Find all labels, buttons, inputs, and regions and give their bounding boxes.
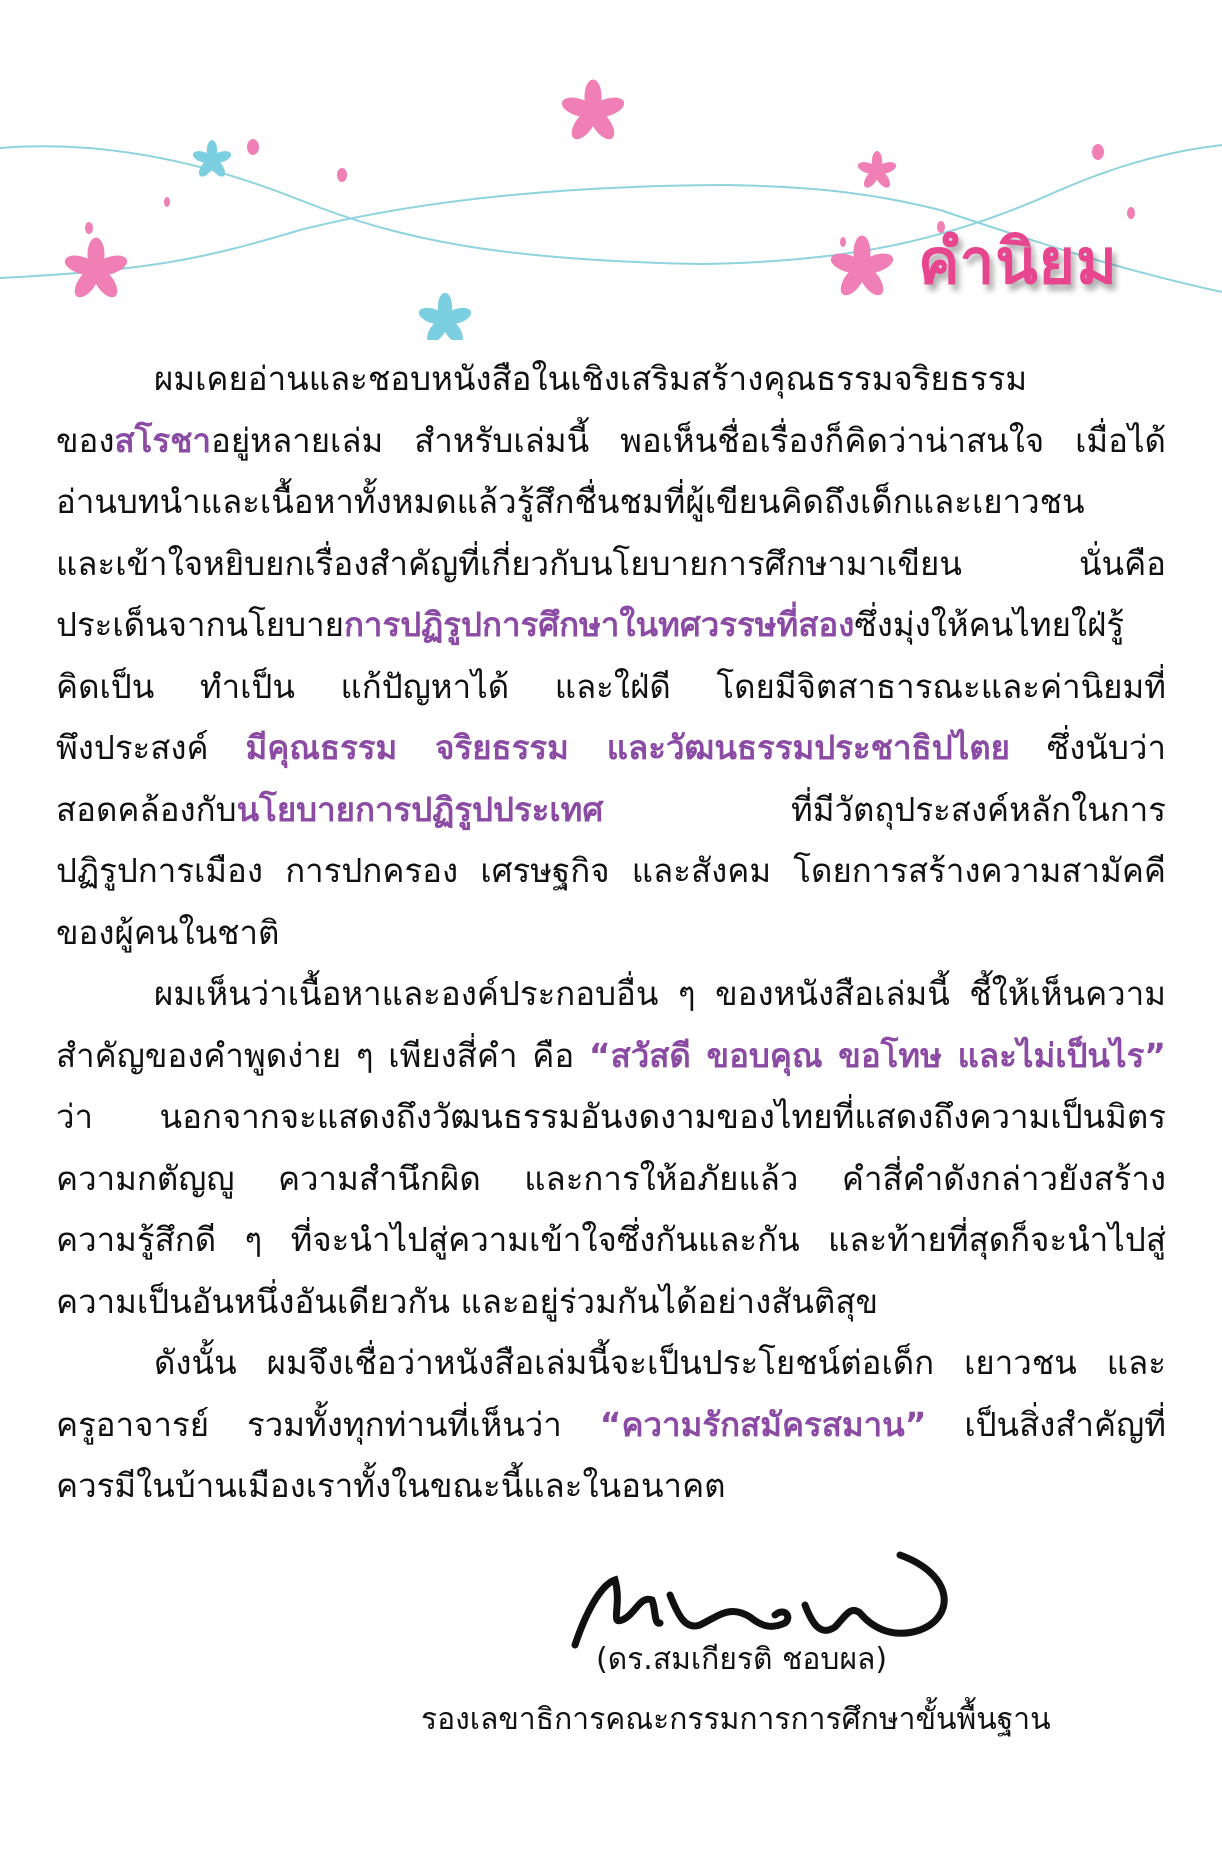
text-segment: ผมเคยอ่านและชอบหนังสือในเชิงเสริมสร้างคุ… [154, 359, 1027, 398]
text-line: ผมเห็นว่าเนื้อหาและองค์ประกอบอื่น ๆ ของห… [56, 963, 1166, 1025]
text-line: สอดคล้องกับนโยบายการปฏิรูปประเทศ ที่มีวั… [56, 779, 1166, 841]
text-line: ประเด็นจากนโยบายการปฏิรูปการศึกษาในทศวรร… [56, 594, 1166, 656]
text-segment: ความรู้สึกดี ๆ ที่จะนำไปสู่ความเข้าใจซึ่… [56, 1220, 1166, 1259]
signatory-name: (ดร.สมเกียรติ ชอบผล) [596, 1640, 887, 1680]
signatory-position: รองเลขาธิการคณะกรรมการการศึกษาขั้นพื้นฐา… [421, 1700, 1051, 1740]
foreword-body: ผมเคยอ่านและชอบหนังสือในเชิงเสริมสร้างคุ… [56, 348, 1166, 1517]
text-segment: ควรมีในบ้านเมืองเราทั้งในขณะนี้และในอนาค… [56, 1466, 726, 1505]
text-segment: ที่มีวัตถุประสงค์หลักในการ [603, 790, 1166, 829]
text-segment: อ่านบทนำและเนื้อหาทั้งหมดแล้วรู้สึกชื่นช… [56, 482, 1085, 521]
text-line: ความรู้สึกดี ๆ ที่จะนำไปสู่ความเข้าใจซึ่… [56, 1209, 1166, 1271]
highlighted-phrase: มีคุณธรรม จริยธรรม และวัฒนธรรมประชาธิปไต… [245, 728, 1010, 767]
text-segment: พึงประสงค์ [56, 728, 245, 767]
text-segment: เป็นสิ่งสำคัญที่ [926, 1405, 1166, 1444]
paragraph: ผมเห็นว่าเนื้อหาและองค์ประกอบอื่น ๆ ของห… [56, 963, 1166, 1332]
signature-scribble [560, 1545, 970, 1655]
paragraph: ผมเคยอ่านและชอบหนังสือในเชิงเสริมสร้างคุ… [56, 348, 1166, 963]
page-title: คำนิยม [918, 222, 1118, 302]
text-segment: ครูอาจารย์ รวมทั้งทุกท่านที่เห็นว่า [56, 1405, 600, 1444]
text-line: ของผู้คนในชาติ [56, 902, 1166, 964]
text-segment: ความกตัญญู ความสำนึกผิด และการให้อภัยแล้… [56, 1159, 1166, 1198]
text-segment: ปฏิรูปการเมือง การปกครอง เศรษฐกิจ และสัง… [56, 851, 1166, 890]
text-segment: ว่า นอกจากจะแสดงถึงวัฒนธรรมอันงดงามของไท… [56, 1097, 1166, 1136]
text-line: ครูอาจารย์ รวมทั้งทุกท่านที่เห็นว่า “ควา… [56, 1394, 1166, 1456]
text-segment: ซึ่งนับว่า [1010, 728, 1166, 767]
text-line: คิดเป็น ทำเป็น แก้ปัญหาได้ และใฝ่ดี โดยม… [56, 656, 1166, 718]
text-segment: และเข้าใจหยิบยกเรื่องสำคัญที่เกี่ยวกับนโ… [56, 544, 1166, 583]
text-line: และเข้าใจหยิบยกเรื่องสำคัญที่เกี่ยวกับนโ… [56, 533, 1166, 595]
text-line: ของสโรชาอยู่หลายเล่ม สำหรับเล่มนี้ พอเห็… [56, 410, 1166, 472]
text-line: ว่า นอกจากจะแสดงถึงวัฒนธรรมอันงดงามของไท… [56, 1086, 1166, 1148]
paragraph: ดังนั้น ผมจึงเชื่อว่าหนังสือเล่มนี้จะเป็… [56, 1332, 1166, 1517]
highlighted-phrase: นโยบายการปฏิรูปประเทศ [237, 790, 604, 829]
highlighted-phrase: “ความรักสมัครสมาน” [600, 1405, 927, 1444]
flower-icon [62, 79, 897, 301]
text-segment: ความเป็นอันหนึ่งอันเดียวกัน และอยู่ร่วมก… [56, 1282, 878, 1321]
text-segment: ของผู้คนในชาติ [56, 913, 280, 952]
text-segment: สอดคล้องกับ [56, 790, 237, 829]
text-segment: คิดเป็น ทำเป็น แก้ปัญหาได้ และใฝ่ดี โดยม… [56, 667, 1166, 706]
text-line: ความกตัญญู ความสำนึกผิด และการให้อภัยแล้… [56, 1148, 1166, 1210]
text-line: ความเป็นอันหนึ่งอันเดียวกัน และอยู่ร่วมก… [56, 1271, 1166, 1333]
highlighted-phrase: “สวัสดี ขอบคุณ ขอโทษ และไม่เป็นไร” [589, 1036, 1166, 1075]
text-line: สำคัญของคำพูดง่าย ๆ เพียงสี่คำ คือ “สวัส… [56, 1025, 1166, 1087]
text-segment: สำคัญของคำพูดง่าย ๆ เพียงสี่คำ คือ [56, 1036, 589, 1075]
text-line: ปฏิรูปการเมือง การปกครอง เศรษฐกิจ และสัง… [56, 840, 1166, 902]
text-line: อ่านบทนำและเนื้อหาทั้งหมดแล้วรู้สึกชื่นช… [56, 471, 1166, 533]
text-line: ผมเคยอ่านและชอบหนังสือในเชิงเสริมสร้างคุ… [56, 348, 1166, 410]
text-segment: ของ [56, 421, 115, 460]
text-segment: ผมเห็นว่าเนื้อหาและองค์ประกอบอื่น ๆ ของห… [154, 974, 1166, 1013]
text-line: พึงประสงค์ มีคุณธรรม จริยธรรม และวัฒนธรร… [56, 717, 1166, 779]
highlighted-phrase: การปฏิรูปการศึกษาในทศวรรษที่สอง [344, 605, 854, 644]
text-segment: ประเด็นจากนโยบาย [56, 605, 344, 644]
text-segment: อยู่หลายเล่ม สำหรับเล่มนี้ พอเห็นชื่อเรื… [211, 421, 1166, 460]
text-line: ดังนั้น ผมจึงเชื่อว่าหนังสือเล่มนี้จะเป็… [56, 1332, 1166, 1394]
text-line: ควรมีในบ้านเมืองเราทั้งในขณะนี้และในอนาค… [56, 1455, 1166, 1517]
highlighted-phrase: สโรชา [115, 421, 212, 460]
text-segment: ดังนั้น ผมจึงเชื่อว่าหนังสือเล่มนี้จะเป็… [154, 1343, 1166, 1382]
text-segment: ซึ่งมุ่งให้คนไทยใฝ่รู้ [854, 605, 1124, 644]
